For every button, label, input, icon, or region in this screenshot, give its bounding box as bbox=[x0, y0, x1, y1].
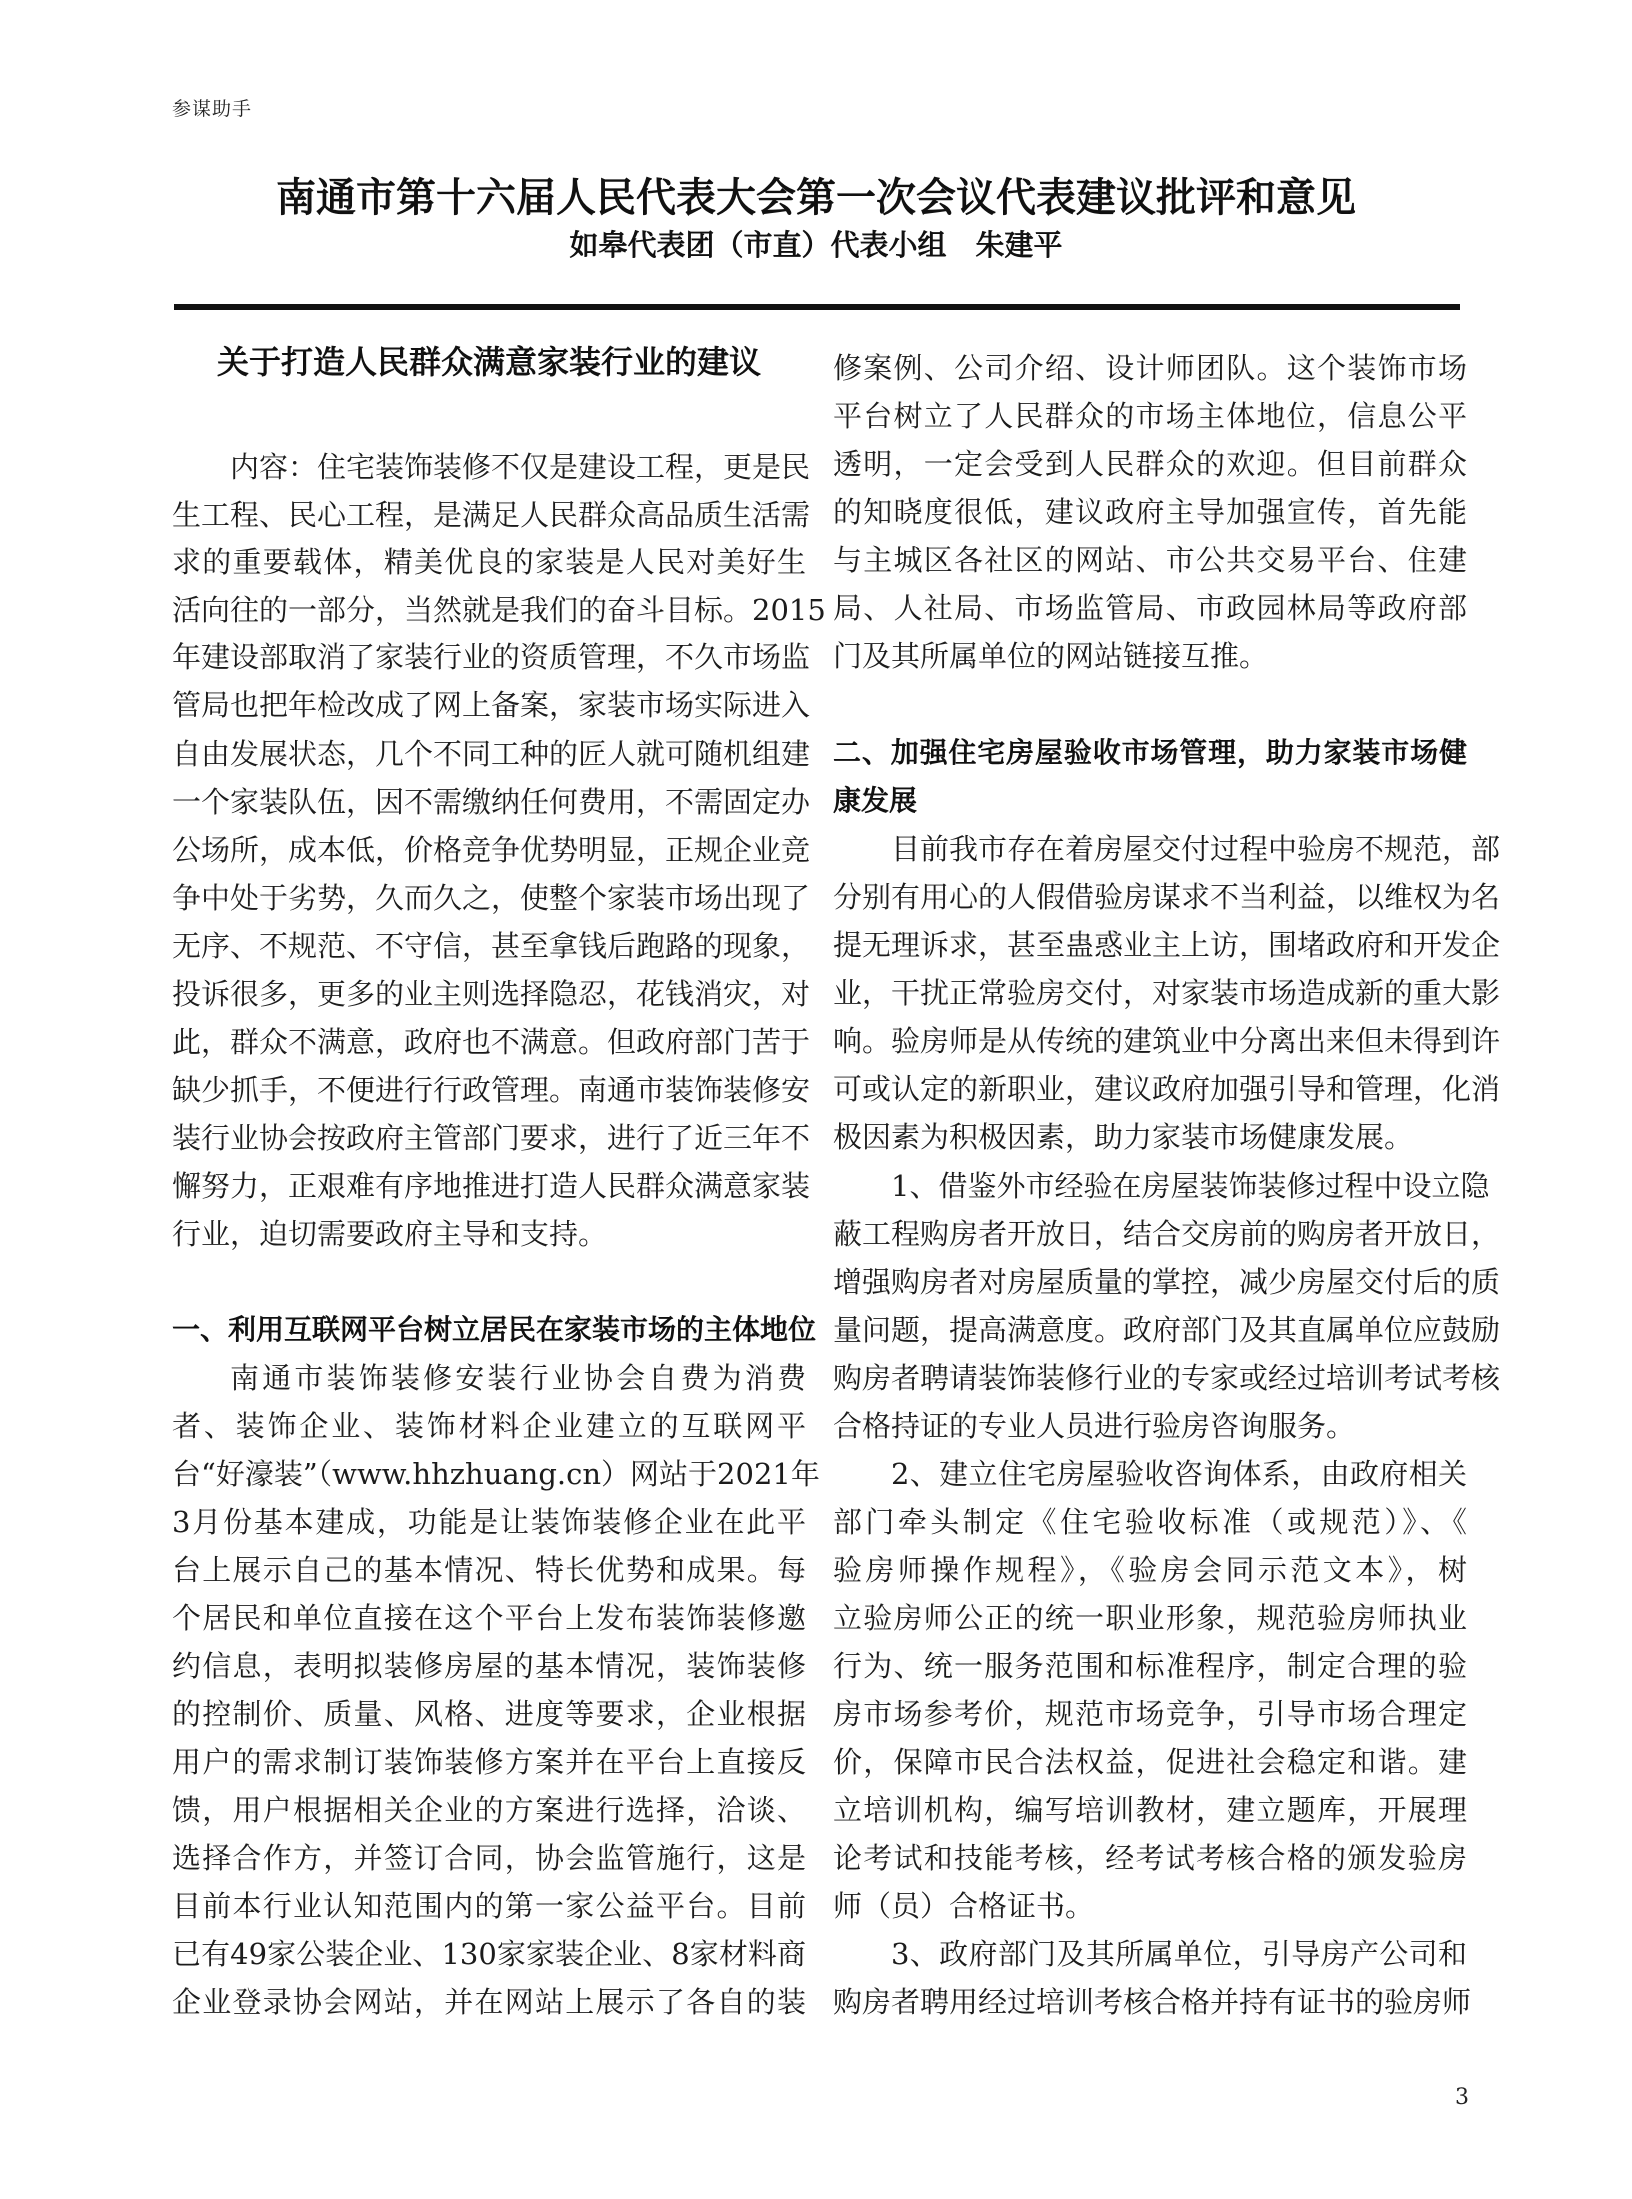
text-line: 求的重要载体，精美优良的家装是人民对美好生 bbox=[172, 542, 806, 582]
text-line: 房市场参考价，规范市场竞争，引导市场合理定 bbox=[833, 1694, 1467, 1734]
text-line: 一个家装队伍，因不需缴纳任何费用，不需固定办 bbox=[172, 782, 806, 822]
text-line: 合格持证的专业人员进行验房咨询服务。 bbox=[833, 1406, 1467, 1446]
text-line: 门及其所属单位的网站链接互推。 bbox=[833, 636, 1467, 676]
text-line: 馈，用户根据相关企业的方案进行选择，洽谈、 bbox=[172, 1790, 806, 1830]
text-line: 个居民和单位直接在这个平台上发布装饰装修邀 bbox=[172, 1598, 806, 1638]
text-line: 目前我市存在着房屋交付过程中验房不规范，部 bbox=[891, 829, 1467, 869]
text-line: 蔽工程购房者开放日，结合交房前的购房者开放日， bbox=[833, 1214, 1467, 1254]
text-line: 行业，迫切需要政府主导和支持。 bbox=[172, 1214, 806, 1254]
document-subtitle-author: 如皋代表团（市直）代表小组 朱建平 bbox=[0, 223, 1632, 264]
text-line: 2、建立住宅房屋验收咨询体系，由政府相关 bbox=[891, 1454, 1467, 1494]
text-line: 活向往的一部分，当然就是我们的奋斗目标。2015 bbox=[172, 590, 806, 630]
text-line: 可或认定的新职业，建议政府加强引导和管理，化消 bbox=[833, 1069, 1467, 1109]
text-line: 公场所，成本低，价格竞争优势明显，正规企业竞 bbox=[172, 830, 806, 870]
text-line: 无序、不规范、不守信，甚至拿钱后跑路的现象， bbox=[172, 926, 806, 966]
text-line: 提无理诉求，甚至蛊惑业主上访，围堵政府和开发企 bbox=[833, 925, 1467, 965]
text-line: 响。验房师是从传统的建筑业中分离出来但未得到许 bbox=[833, 1021, 1467, 1061]
text-line: 价，保障市民合法权益，促进社会稳定和谐。建 bbox=[833, 1742, 1467, 1782]
text-line: 自由发展状态，几个不同工种的匠人就可随机组建 bbox=[172, 734, 806, 774]
text-line: 的控制价、质量、风格、进度等要求，企业根据 bbox=[172, 1694, 806, 1734]
text-line: 验房师操作规程》，《验房会同示范文本》，树 bbox=[833, 1550, 1467, 1590]
text-line: 透明，一定会受到人民群众的欢迎。但目前群众 bbox=[833, 444, 1467, 484]
text-line: 已有49家公装企业、130家家装企业、8家材料商 bbox=[172, 1934, 806, 1974]
text-line: 年建设部取消了家装行业的资质管理，不久市场监 bbox=[172, 637, 806, 677]
text-line: 3、政府部门及其所属单位，引导房产公司和 bbox=[891, 1934, 1467, 1974]
text-line: 台“好濠装”（www.hhzhuang.cn）网站于2021年 bbox=[172, 1454, 806, 1494]
text-line: 与主城区各社区的网站、市公共交易平台、住建 bbox=[833, 540, 1467, 580]
text-line: 目前本行业认知范围内的第一家公益平台。目前 bbox=[172, 1886, 806, 1926]
text-line: 懈努力，正艰难有序地推进打造人民群众满意家装 bbox=[172, 1166, 806, 1206]
text-line: 立验房师公正的统一职业形象，规范验房师执业 bbox=[833, 1598, 1467, 1638]
text-line: 台上展示自己的基本情况、特长优势和成果。每 bbox=[172, 1550, 806, 1590]
running-head: 参谋助手 bbox=[172, 94, 252, 121]
text-line: 争中处于劣势，久而久之，使整个家装市场出现了 bbox=[172, 878, 806, 918]
section-heading-1: 一、利用互联网平台树立居民在家装市场的主体地位 bbox=[172, 1310, 806, 1350]
text-line: 平台树立了人民群众的市场主体地位，信息公平 bbox=[833, 396, 1467, 436]
heading-line: 康发展 bbox=[833, 781, 1467, 821]
text-line: 此，群众不满意，政府也不满意。但政府部门苦于 bbox=[172, 1022, 806, 1062]
text-line: 极因素为积极因素，助力家装市场健康发展。 bbox=[833, 1117, 1467, 1157]
text-line: 者、装饰企业、装饰材料企业建立的互联网平 bbox=[172, 1406, 806, 1446]
header-divider-rule bbox=[174, 304, 1460, 310]
text-line: 投诉很多，更多的业主则选择隐忍，花钱消灾，对 bbox=[172, 974, 806, 1014]
text-line: 1、借鉴外市经验在房屋装饰装修过程中设立隐 bbox=[891, 1166, 1467, 1206]
text-line: 立培训机构，编写培训教材，建立题库，开展理 bbox=[833, 1790, 1467, 1830]
text-line: 内容：住宅装饰装修不仅是建设工程，更是民 bbox=[230, 447, 806, 487]
text-line: 管局也把年检改成了网上备案，家装市场实际进入 bbox=[172, 685, 806, 725]
text-line: 部门牵头制定《住宅验收标准（或规范）》、《 bbox=[833, 1502, 1467, 1542]
text-line: 企业登录协会网站，并在网站上展示了各自的装 bbox=[172, 1982, 806, 2022]
text-line: 生工程、民心工程，是满足人民群众高品质生活需 bbox=[172, 495, 806, 535]
text-line: 购房者聘用经过培训考核合格并持有证书的验房师 bbox=[833, 1982, 1467, 2022]
text-line: 南通市装饰装修安装行业协会自费为消费 bbox=[230, 1358, 806, 1398]
text-line: 局、人社局、市场监管局、市政园林局等政府部 bbox=[833, 588, 1467, 628]
text-line: 用户的需求制订装饰装修方案并在平台上直接反 bbox=[172, 1742, 806, 1782]
text-line: 量问题，提高满意度。政府部门及其直属单位应鼓励 bbox=[833, 1310, 1467, 1350]
text-line: 论考试和技能考核，经考试考核合格的颁发验房 bbox=[833, 1838, 1467, 1878]
article-title: 关于打造人民群众满意家装行业的建议 bbox=[172, 340, 806, 384]
text-line: 业，干扰正常验房交付，对家装市场造成新的重大影 bbox=[833, 973, 1467, 1013]
text-line: 装行业协会按政府主管部门要求，进行了近三年不 bbox=[172, 1118, 806, 1158]
text-line: 师（员）合格证书。 bbox=[833, 1886, 1467, 1926]
text-line: 3月份基本建成，功能是让装饰装修企业在此平 bbox=[172, 1502, 806, 1542]
page-number: 3 bbox=[1455, 2085, 1469, 2110]
heading-line: 二、加强住宅房屋验收市场管理，助力家装市场健 bbox=[833, 733, 1467, 773]
text-line: 购房者聘请装饰装修行业的专家或经过培训考试考核 bbox=[833, 1358, 1467, 1398]
text-line: 缺少抓手，不便进行行政管理。南通市装饰装修安 bbox=[172, 1070, 806, 1110]
text-line: 修案例、公司介绍、设计师团队。这个装饰市场 bbox=[833, 348, 1467, 388]
text-line: 约信息，表明拟装修房屋的基本情况，装饰装修 bbox=[172, 1646, 806, 1686]
text-line: 的知晓度很低，建议政府主导加强宣传，首先能 bbox=[833, 492, 1467, 532]
text-line: 分别有用心的人假借验房谋求不当利益，以维权为名 bbox=[833, 877, 1467, 917]
text-line: 行为、统一服务范围和标准程序，制定合理的验 bbox=[833, 1646, 1467, 1686]
text-line: 增强购房者对房屋质量的掌控，减少房屋交付后的质 bbox=[833, 1262, 1467, 1302]
document-title: 南通市第十六届人民代表大会第一次会议代表建议批评和意见 bbox=[0, 166, 1632, 223]
text-line: 选择合作方，并签订合同，协会监管施行，这是 bbox=[172, 1838, 806, 1878]
